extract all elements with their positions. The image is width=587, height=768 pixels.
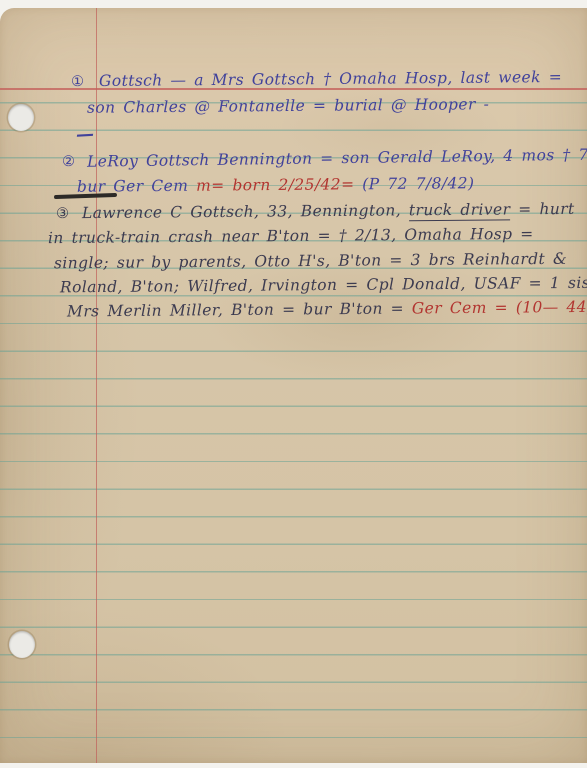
handwriting-text: Roland, B'ton; Wilfred, Irvington = Cpl … [60,274,587,297]
red-margin-line [96,8,97,763]
entry-2-dash-mark: — [75,125,94,146]
entry-3-line-1: Lawrence C Gottsch, 33, Bennington, truc… [82,199,575,223]
handwriting-text: single; sur by parents, Otto H's, B'ton … [54,250,567,272]
red-annotation-born-date: m= born 2/25/42= [196,175,354,194]
handwriting-text: = hurt [510,200,574,219]
entry-3-line-2: in truck-train crash near B'ton = † 2/13… [48,224,534,248]
entry-3-marker: ③ [56,204,69,224]
underlined-occupation-text: truck driver [409,200,511,221]
scanned-notebook-page: { "page_type": "handwritten genealogy no… [0,0,587,768]
entry-2-line-2: bur Ger Cem m= born 2/25/42= (P 72 7/8/4… [77,173,475,196]
entry-1-line-2: son Charles @ Fontanelle = burial @ Hoop… [87,94,489,118]
entry-1-marker: ① [71,72,84,92]
handwriting-text: in truck-train crash near B'ton = † 2/13… [48,225,534,247]
entry-1-line-1: Gottsch — a Mrs Gottsch † Omaha Hosp, la… [99,67,562,91]
red-annotation-cemetery: Ger Cem = (10— 44)wkp- [412,298,587,318]
entry-2-marker: ② [62,152,75,172]
handwriting-text: son Charles @ Fontanelle = burial @ Hoop… [87,95,489,117]
handwriting-text: Mrs Merlin Miller, B'ton = bur B'ton = [67,299,412,320]
handwriting-text: (P 72 7/8/42) [354,174,474,193]
punch-hole-bottom [9,631,35,658]
punch-hole-top [8,104,34,131]
handwriting-text: Lawrence C Gottsch, 33, Bennington, [82,201,409,222]
handwriting-text: Gottsch — a Mrs Gottsch † Omaha Hosp, la… [99,68,562,90]
